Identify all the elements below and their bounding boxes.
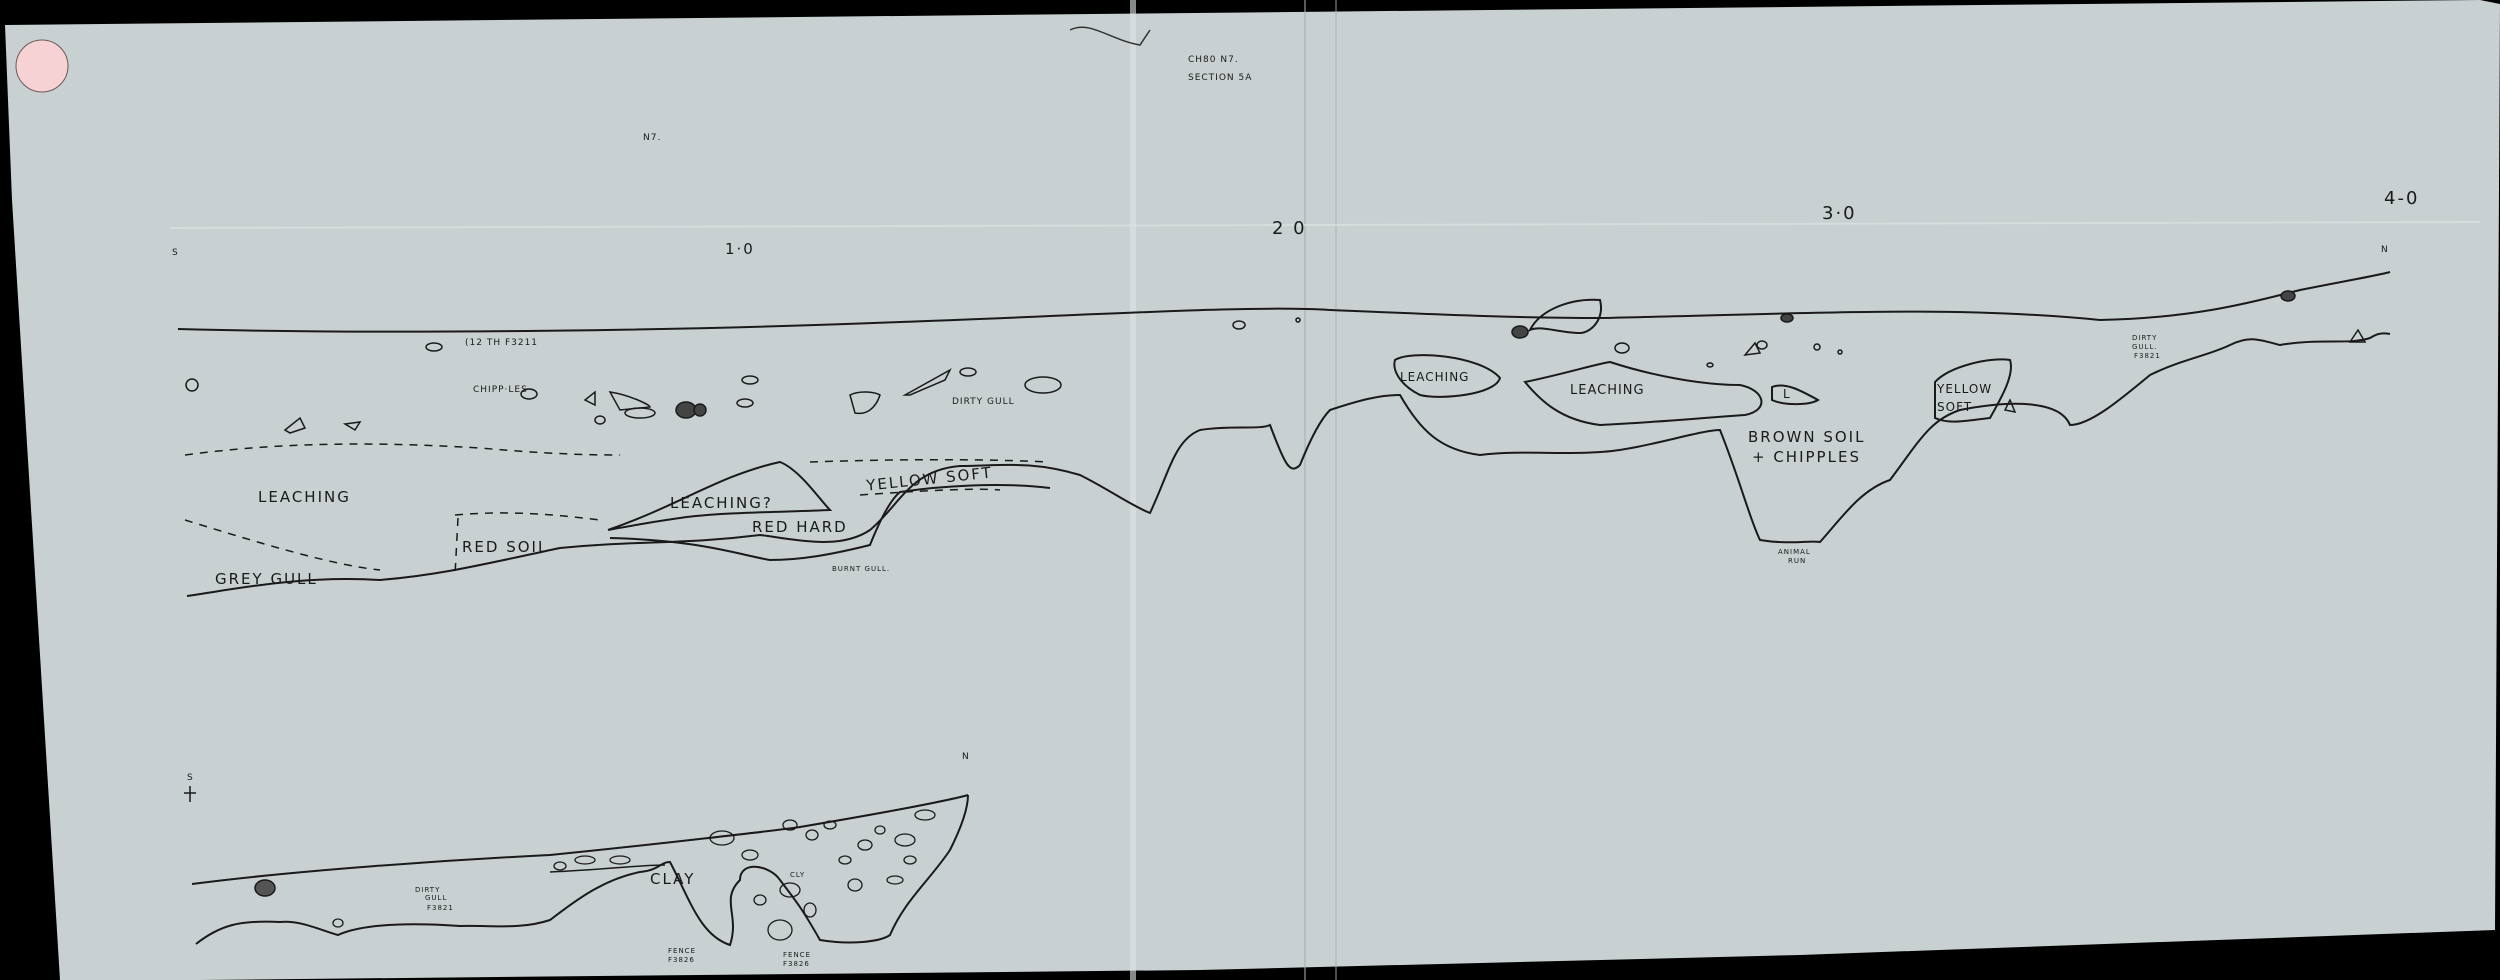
layer-label-chipples: + CHIPPLES [1752,448,1861,466]
south-label: S [172,248,179,258]
layer-label-leaching-query: LEACHING? [670,494,773,512]
layer-label-red-soil: RED SOIL [462,538,548,556]
layer-label-grey-gull: GREY GULL [215,570,318,588]
dirty-gull-note: DIRTY GULL [952,397,1015,407]
animal-run-note-1: ANIMAL [1778,548,1811,556]
site-code: CH80 N7. [1188,55,1239,65]
context-ref-note: (12 TH F3211 [465,338,538,348]
paper-sheet [5,0,2500,980]
fence-label-2a: FENCE [783,951,811,959]
dark-stone [255,880,275,896]
layer-label-brown-soil: BROWN SOIL [1748,428,1865,446]
lower-clay-label: CLAY [650,870,695,888]
layer-label-leaching-right-1: LEACHING [1400,370,1469,384]
lower-south-label: S [187,773,194,783]
scale-marker-4m: 4-0 [2384,188,2419,209]
layer-label-soft: SOFT [1937,400,1972,414]
trench-label: N7. [643,133,661,143]
chipples-note: CHIPP·LES [473,385,528,395]
lower-dirty-gull-1: DIRTY [415,886,440,894]
scale-marker-1m: 1·0 [725,240,755,258]
section-title: SECTION 5A [1188,73,1252,83]
fence-label-1b: F3826 [668,956,695,964]
layer-label-leaching-right-2: LEACHING [1570,383,1645,398]
scale-marker-3m: 3·0 [1822,203,1857,224]
scale-marker-2m: 2 0 [1272,218,1307,239]
drawing-canvas [0,0,2500,980]
layer-label-red-hard: RED HARD [752,518,848,536]
north-label: N [2381,245,2389,255]
scanned-section-drawing: CH80 N7. SECTION 5A N7. 1·0 2 0 3·0 4-0 … [0,0,2500,980]
layer-label-yellow: YELLOW [1937,382,1992,396]
dirty-gull-right-note-1: DIRTY [2132,334,2157,342]
fence-label-1a: FENCE [668,947,696,955]
lower-clay-small-label: CLY [790,871,805,879]
burnt-gull-note: BURNT GULL. [832,565,890,573]
sticker-dot [16,40,68,92]
layer-label-leaching: LEACHING [258,488,351,506]
leach-l-note: L [1783,387,1791,401]
lower-north-label: N [962,752,970,762]
fence-label-2b: F3826 [783,960,810,968]
lower-dirty-gull-3: F3821 [427,904,454,912]
dirty-gull-right-note-2: GULL. [2132,343,2158,351]
lower-dirty-gull-2: GULL [425,894,447,902]
dirty-gull-right-note-3: F3821 [2134,352,2161,360]
animal-run-note-2: RUN [1788,557,1806,565]
